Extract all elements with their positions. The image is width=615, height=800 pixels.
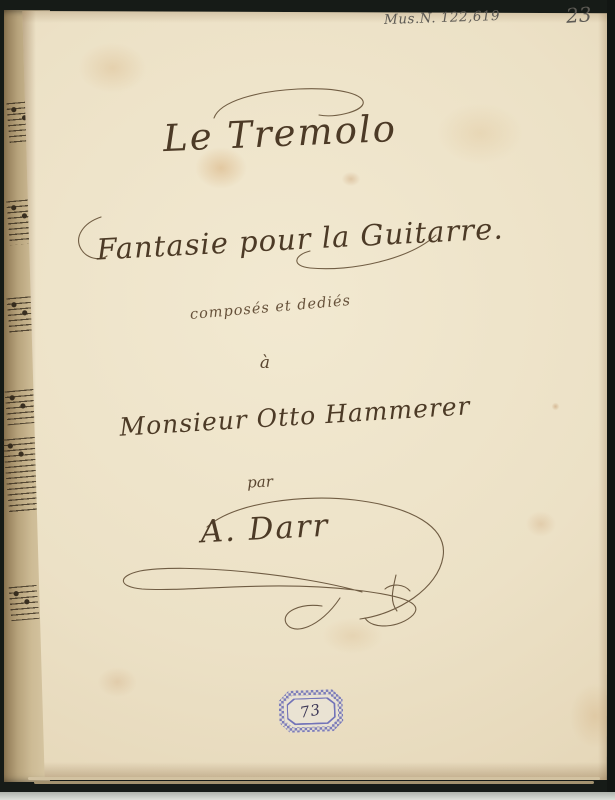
- scan-bottom-edge: [0, 792, 615, 800]
- music-staff-fragment: [9, 585, 40, 621]
- manuscript-scan: Mus.N. 122,619 23 Le Tremolo Fantasie po…: [0, 0, 615, 800]
- stacked-page-edge: [34, 781, 594, 784]
- stacked-page-edge: [28, 777, 600, 780]
- page-number: 23: [565, 2, 592, 28]
- scan-background-edge: [607, 0, 615, 800]
- byline-par: par: [230, 471, 291, 492]
- stamp-center: 73: [288, 698, 335, 724]
- dedication-preposition: à: [250, 353, 280, 373]
- stamp-number: 73: [299, 700, 323, 721]
- library-stamp: 73: [278, 689, 343, 733]
